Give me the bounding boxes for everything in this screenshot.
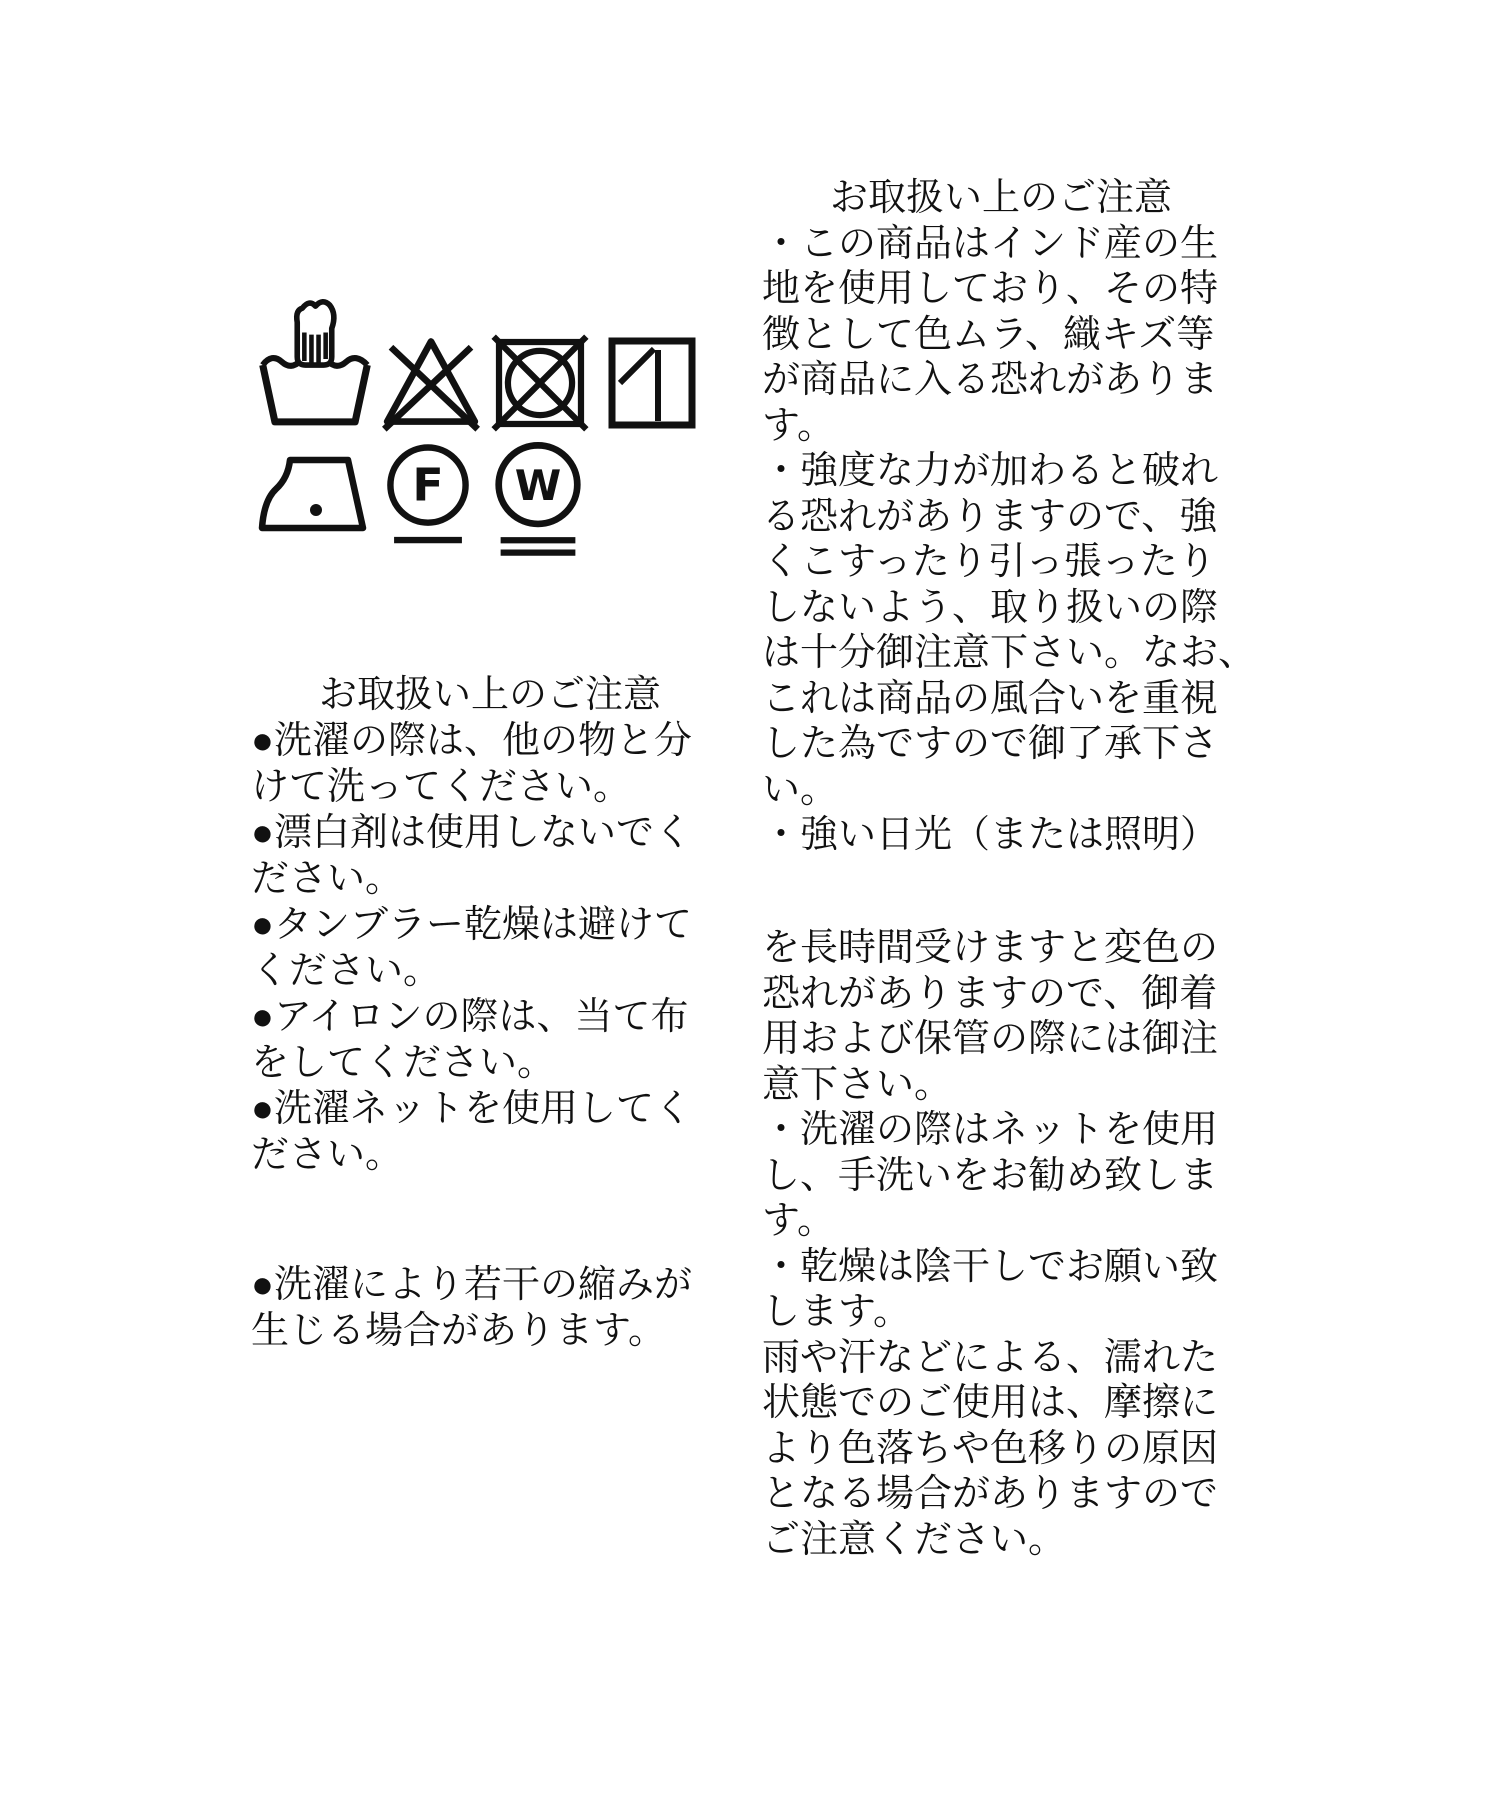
shade-line-dry-icon <box>608 336 696 430</box>
right-notice-text: ・この商品はインド産の生 地を使用しており、その特 徴として色ムラ、織キズ等 が… <box>762 222 1272 859</box>
left-notice-section: お取扱い上のご注意 ●洗濯の際は、他の物と分 けて洗ってください。 ●漂白剤は使… <box>251 672 729 1178</box>
right-care-text: を長時間受けますと変色の 恐れがありますので、御着 用および保管の際には御注 意… <box>762 926 1272 1563</box>
left-shrink-text: ●洗濯により若干の縮みが 生じる場合があります。 <box>251 1262 729 1354</box>
right-care-section: を長時間受けますと変色の 恐れがありますので、御着 用および保管の際には御注 意… <box>762 926 1272 1563</box>
left-notice-text: ●洗濯の際は、他の物と分 けて洗ってください。 ●漂白剤は使用しないでく ださい… <box>251 718 729 1178</box>
wet-clean-letter: W <box>515 461 562 510</box>
wet-clean-w-circle-icon: W <box>492 438 584 560</box>
iron-low-one-dot-icon <box>256 452 371 534</box>
left-shrink-note: ●洗濯により若干の縮みが 生じる場合があります。 <box>251 1262 729 1354</box>
care-label-page: F W お取扱い上のご注意 ●洗濯の際は、他の物と分 けて洗ってください。 ●漂… <box>0 0 1500 1800</box>
right-notice-heading: お取扱い上のご注意 <box>762 176 1272 222</box>
dry-clean-f-circle-icon: F <box>384 441 472 553</box>
left-notice-heading: お取扱い上のご注意 <box>251 672 729 718</box>
do-not-tumble-dry-icon <box>488 334 592 432</box>
right-notice-section: お取扱い上のご注意 ・この商品はインド産の生 地を使用しており、その特 徴として… <box>762 176 1272 859</box>
dry-clean-letter: F <box>412 458 443 512</box>
hand-wash-icon <box>256 296 374 430</box>
do-not-bleach-icon <box>378 332 484 433</box>
